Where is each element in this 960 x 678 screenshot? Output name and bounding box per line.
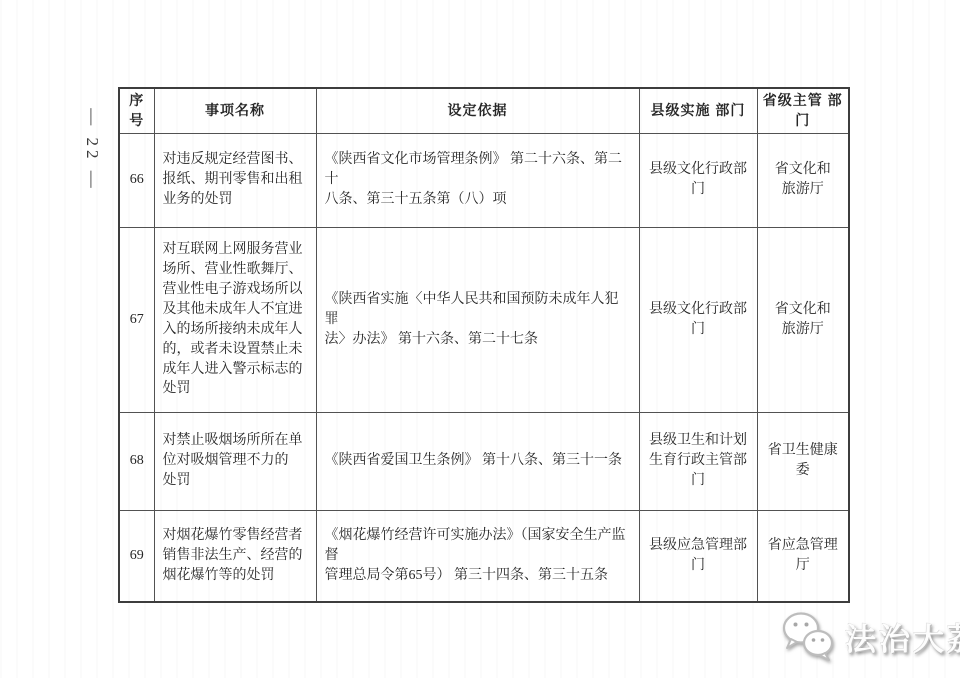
watermark-brand-text: 法治大荔 [845, 614, 960, 659]
watermark-brand: 法治大荔 [780, 610, 960, 662]
penalty-items-table: 序号 事项名称 设定依据 县级实施 部门 省级主管 部门 66 对违反规定经营图… [118, 87, 850, 603]
scanned-document-page: — 22 — 序号 事项名称 设定依据 县级实施 部门 省级主管 部门 [0, 0, 960, 678]
col-header-county-dept: 县级实施 部门 [639, 88, 757, 133]
cell-basis: 《陕西省文化市场管理条例》 第二十六条、第二十 八条、第三十五条第（八）项 [316, 133, 639, 227]
cell-item-name: 对违反规定经营图书、 报纸、期刊零售和出租 业务的处罚 [154, 133, 316, 227]
table-row: 66 对违反规定经营图书、 报纸、期刊零售和出租 业务的处罚 《陕西省文化市场管… [119, 133, 849, 227]
cell-seq: 68 [119, 412, 154, 510]
table-header-row: 序号 事项名称 设定依据 县级实施 部门 省级主管 部门 [119, 88, 849, 133]
cell-county-dept: 县级文化行政部门 [639, 133, 757, 227]
wechat-icon [780, 610, 836, 662]
margin-page-number: — 22 — [78, 98, 102, 202]
table-row: 68 对禁止吸烟场所所在单 位对吸烟管理不力的 处罚 《陕西省爱国卫生条例》 第… [119, 412, 849, 510]
col-header-seq: 序号 [119, 88, 154, 133]
cell-county-dept: 县级卫生和计划 生育行政主管部门 [639, 412, 757, 510]
cell-seq: 67 [119, 227, 154, 412]
col-header-basis: 设定依据 [316, 88, 639, 133]
cell-province-dept: 省卫生健康委 [757, 412, 849, 510]
cell-basis: 《陕西省爱国卫生条例》 第十八条、第三十一条 [316, 412, 639, 510]
table-row: 69 对烟花爆竹零售经营者 销售非法生产、经营的 烟花爆竹等的处罚 《烟花爆竹经… [119, 510, 849, 602]
cell-county-dept: 县级文化行政部门 [639, 227, 757, 412]
cell-county-dept: 县级应急管理部门 [639, 510, 757, 602]
cell-basis: 《烟花爆竹经营许可实施办法》（国家安全生产监督 管理总局令第65号） 第三十四条… [316, 510, 639, 602]
cell-province-dept: 省文化和 旅游厅 [757, 133, 849, 227]
cell-item-name: 对禁止吸烟场所所在单 位对吸烟管理不力的 处罚 [154, 412, 316, 510]
table-row: 67 对互联网上网服务营业 场所、营业性歌舞厅、 营业性电子游戏场所以 及其他未… [119, 227, 849, 412]
col-header-item-name: 事项名称 [154, 88, 316, 133]
cell-seq: 66 [119, 133, 154, 227]
cell-province-dept: 省应急管理厅 [757, 510, 849, 602]
col-header-province-dept: 省级主管 部门 [757, 88, 849, 133]
cell-basis: 《陕西省实施〈中华人民共和国预防未成年人犯罪 法〉办法》 第十六条、第二十七条 [316, 227, 639, 412]
cell-item-name: 对烟花爆竹零售经营者 销售非法生产、经营的 烟花爆竹等的处罚 [154, 510, 316, 602]
cell-province-dept: 省文化和 旅游厅 [757, 227, 849, 412]
cell-seq: 69 [119, 510, 154, 602]
cell-item-name: 对互联网上网服务营业 场所、营业性歌舞厅、 营业性电子游戏场所以 及其他未成年人… [154, 227, 316, 412]
